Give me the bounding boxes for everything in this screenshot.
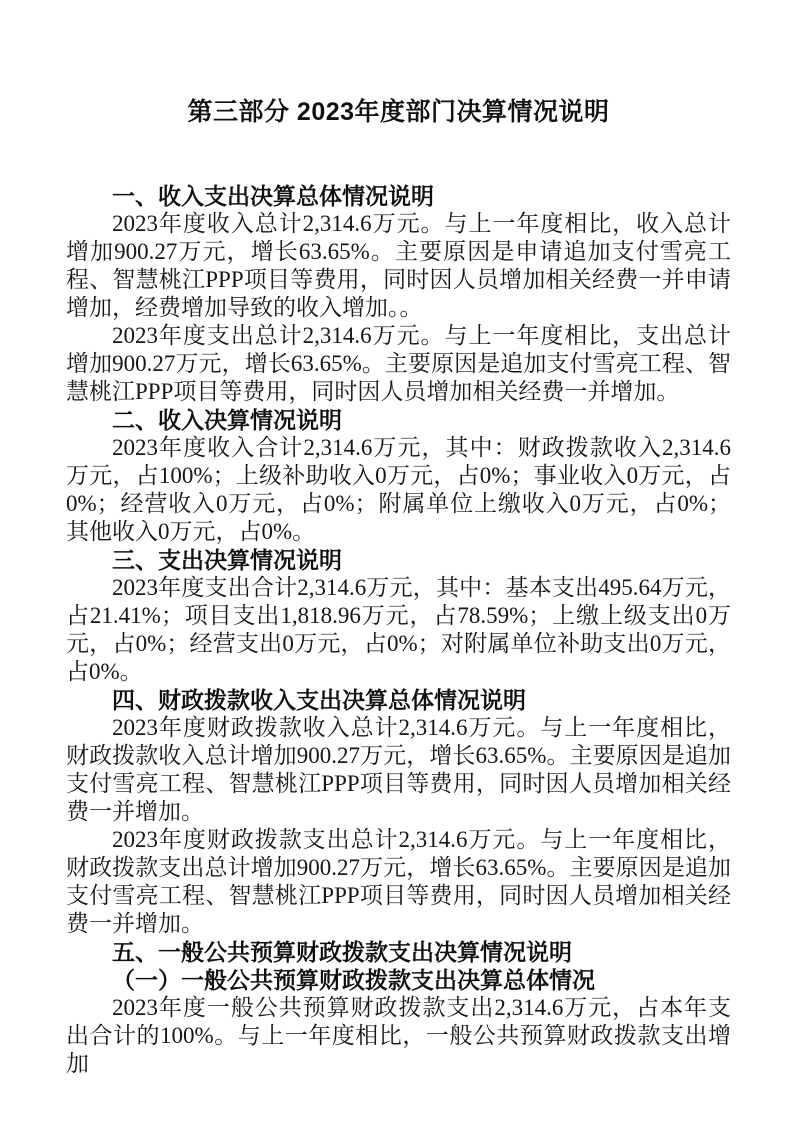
section-1-paragraph-income: 2023年度收入总计2,314.6万元。与上一年度相比，收入总计增加900.27…	[66, 210, 731, 322]
section-3-heading: 三、支出决算情况说明	[66, 546, 731, 574]
section-5-heading: 五、一般公共预算财政拨款支出决算情况说明	[66, 938, 731, 966]
section-2-paragraph-income-detail: 2023年度收入合计2,314.6万元，其中：财政拨款收入2,314.6万元，占…	[66, 434, 731, 546]
section-5-paragraph-general-budget: 2023年度一般公共预算财政拨款支出2,314.6万元，占本年支出合计的100%…	[66, 994, 731, 1078]
document-title: 第三部分 2023年度部门决算情况说明	[66, 97, 731, 127]
section-4-paragraph-fiscal-income: 2023年度财政拨款收入总计2,314.6万元。与上一年度相比，财政拨款收入总计…	[66, 714, 731, 826]
section-4-heading: 四、财政拨款收入支出决算总体情况说明	[66, 686, 731, 714]
document-page: 第三部分 2023年度部门决算情况说明 一、收入支出决算总体情况说明 2023年…	[0, 0, 793, 1122]
document-body: 一、收入支出决算总体情况说明 2023年度收入总计2,314.6万元。与上一年度…	[66, 182, 731, 1078]
section-4-paragraph-fiscal-expenditure: 2023年度财政拨款支出总计2,314.6万元。与上一年度相比，财政拨款支出总计…	[66, 826, 731, 938]
section-5-subheading: （一）一般公共预算财政拨款支出决算总体情况	[66, 966, 731, 994]
section-2-heading: 二、收入决算情况说明	[66, 406, 731, 434]
section-3-paragraph-expenditure-detail: 2023年度支出合计2,314.6万元，其中：基本支出495.64万元，占21.…	[66, 574, 731, 686]
section-1-paragraph-expenditure: 2023年度支出总计2,314.6万元。与上一年度相比，支出总计增加900.27…	[66, 322, 731, 406]
section-1-heading: 一、收入支出决算总体情况说明	[66, 182, 731, 210]
